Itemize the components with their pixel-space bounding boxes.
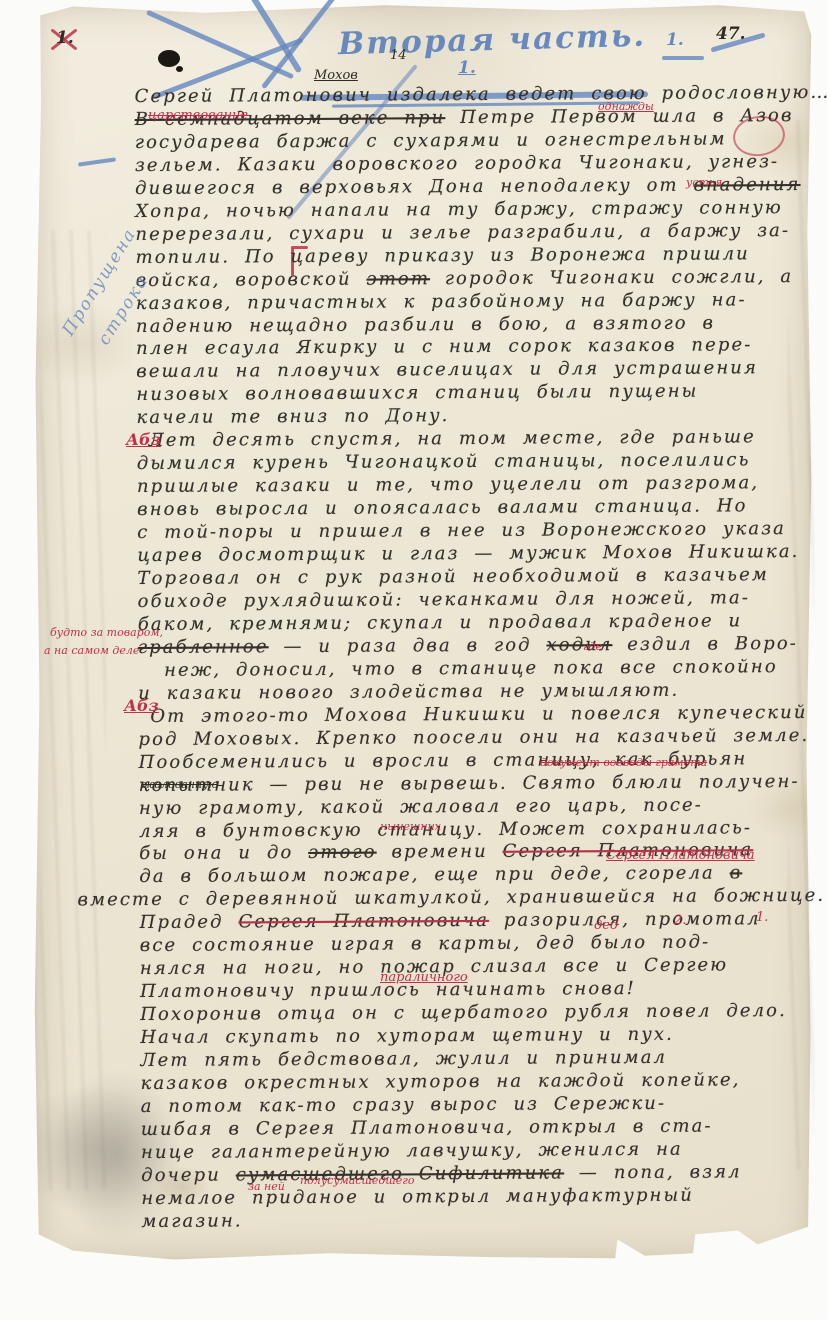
margin-annotation: а на самом деле	[44, 644, 139, 657]
manuscript-line: неж, доносил, что в станице пока все спо…	[164, 656, 806, 683]
margin-annotation: документ воеводы грамота	[540, 756, 707, 769]
margin-annotation: где	[583, 640, 602, 653]
manuscript-line: шибая в Сергея Платоновича, открыл в ста…	[141, 1115, 809, 1142]
margin-annotation: будто за товаром,	[50, 626, 163, 639]
margin-annotation: устья	[686, 176, 722, 189]
manuscript-line: Похоронив отца он с щербатого рубля пове…	[140, 1000, 808, 1027]
manuscript-line: нялся на ноги, но пожар слизал все и Сер…	[140, 954, 808, 981]
margin-annotation: 47.	[716, 24, 746, 44]
manuscript-line: магазин.	[141, 1207, 809, 1234]
ink-blot	[176, 66, 183, 72]
margin-annotation: 2.	[674, 913, 686, 928]
margin-annotation: 1.	[56, 28, 74, 48]
margin-annotation: 1.	[756, 910, 768, 925]
margin-annotation: Мохов	[314, 68, 358, 83]
manuscript-line: копытник — рви не вырвешь. Свято блюли п…	[139, 771, 807, 798]
manuscript-text: Сергей Платонович издалека ведет свою ро…	[135, 82, 810, 1234]
margin-annotation: нынешних	[380, 820, 441, 833]
ink-blot	[158, 50, 180, 67]
margin-annotation: полусумасшедшего	[300, 1174, 415, 1187]
margin-annotation: царствование	[148, 108, 248, 123]
margin-annotation: дед	[594, 918, 618, 933]
manuscript-line: вешали на пловучих виселицах и для устра…	[136, 357, 804, 384]
margin-annotation: за ней	[248, 1180, 285, 1193]
margin-annotation: однажды	[598, 100, 654, 113]
margin-annotation: Сергея Платоновича	[606, 848, 755, 863]
margin-annotation: жалованную	[142, 778, 218, 791]
manuscript-line: дочери сумасшедшего Сифилитика — попа, в…	[141, 1161, 809, 1188]
margin-annotation: 14	[390, 48, 407, 63]
margin-annotation: 1.	[458, 58, 476, 78]
manuscript-line: казаков окрестных хуторов на каждой копе…	[141, 1069, 809, 1096]
margin-annotation: Абз	[126, 430, 161, 449]
margin-annotation: 1.	[666, 30, 684, 50]
margin-annotation: параличного	[380, 970, 468, 985]
margin-annotation: Абз	[124, 696, 159, 715]
manuscript-page: Вторая часть. Сергей Платонович издалека…	[0, 0, 827, 1320]
